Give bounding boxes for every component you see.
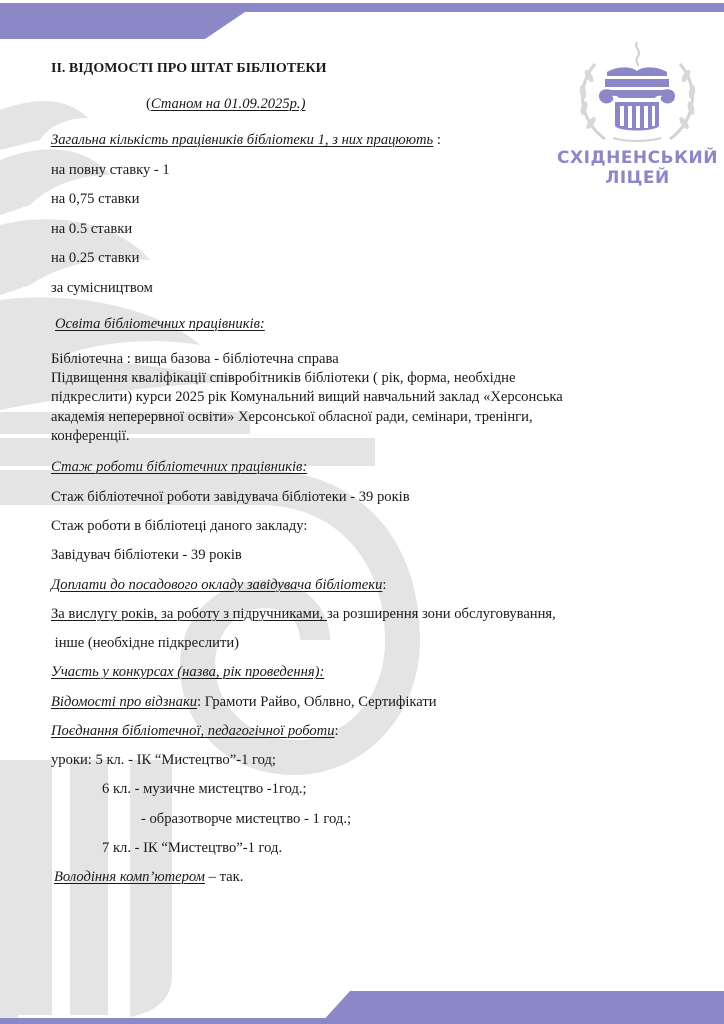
bonus-heading-tail: : xyxy=(382,577,386,593)
bonus-options: За вислугу років, за роботу з підручника… xyxy=(51,605,556,623)
education-line: Підвищення кваліфікації співробітників б… xyxy=(51,369,691,388)
total-staff-tail: : xyxy=(433,132,441,148)
bonus-heading: Доплати до посадового окладу завідувача … xyxy=(51,576,386,594)
lesson-line: 6 кл. - музичне мистецтво -1год.; xyxy=(102,780,307,798)
education-line: академія неперервної освіти» Херсонської… xyxy=(51,408,691,427)
rate-item: на 0.5 ставки xyxy=(51,220,132,238)
total-staff: Загальна кількість працівників бібліотек… xyxy=(51,131,441,149)
education-line: Бібліотечна : вища базова - бібліотечна … xyxy=(51,350,691,369)
education-line: підкреслити) курси 2025 рік Комунальний … xyxy=(51,388,691,407)
rate-item: на 0.25 ставки xyxy=(51,249,139,267)
experience-line: Стаж роботи в бібліотеці даного закладу: xyxy=(51,517,307,535)
bonus-heading-label: Доплати до посадового окладу завідувача … xyxy=(51,577,382,593)
combo-heading: Поєднання бібліотечної, педагогічної роб… xyxy=(51,722,339,740)
contests-heading: Участь у конкурсах (назва, рік проведенн… xyxy=(51,663,324,681)
awards-label: Відомості про відзнаки xyxy=(51,694,197,710)
rate-item: за сумісництвом xyxy=(51,279,153,297)
computer-label: Володіння комп’ютером xyxy=(54,869,205,885)
awards: Відомості про відзнаки: Грамоти Райво, О… xyxy=(51,693,437,711)
combo-heading-label: Поєднання бібліотечної, педагогічної роб… xyxy=(51,723,335,739)
as-of-date: (Станом на 01.09.2025р.) xyxy=(146,95,305,113)
date-text: Станом на 01.09.2025р.) xyxy=(151,96,306,112)
rate-item: на повну ставку - 1 xyxy=(51,161,170,179)
lesson-line: - образотворче мистецтво - 1 год.; xyxy=(141,810,351,828)
experience-line: Стаж бібліотечної роботи завідувача бібл… xyxy=(51,488,410,506)
experience-line: Завідувач бібліотеки - 39 років xyxy=(51,546,242,564)
lesson-line: уроки: 5 кл. - ІК “Мистецтво”-1 год; xyxy=(51,751,276,769)
education-line: конференції. xyxy=(51,427,691,446)
education-paragraph: Бібліотечна : вища базова - бібліотечна … xyxy=(51,350,691,446)
computer-skills: Володіння комп’ютером – так. xyxy=(54,868,243,886)
bonus-other: інше (необхідне підкреслити) xyxy=(51,634,239,652)
document-page: ІІ. ВІДОМОСТІ ПРО ШТАТ БІБЛІОТЕКИ (Стано… xyxy=(0,0,724,1024)
computer-value: – так. xyxy=(205,869,243,885)
bonus-selected: За вислугу років, за роботу з підручника… xyxy=(51,606,327,622)
education-heading: Освіта бібліотечних працівників: xyxy=(55,315,265,333)
combo-heading-tail: : xyxy=(335,723,339,739)
section-title: ІІ. ВІДОМОСТІ ПРО ШТАТ БІБЛІОТЕКИ xyxy=(51,60,326,78)
rate-item: на 0,75 ставки xyxy=(51,190,139,208)
experience-heading: Стаж роботи бібліотечних працівників: xyxy=(51,458,307,476)
awards-value: : Грамоти Райво, Облвно, Сертифікати xyxy=(197,694,437,710)
lesson-line: 7 кл. - ІК “Мистецтво”-1 год. xyxy=(102,839,282,857)
total-staff-label: Загальна кількість працівників бібліотек… xyxy=(51,132,433,148)
bonus-rest: за розширення зони обслуговування, xyxy=(327,606,556,622)
